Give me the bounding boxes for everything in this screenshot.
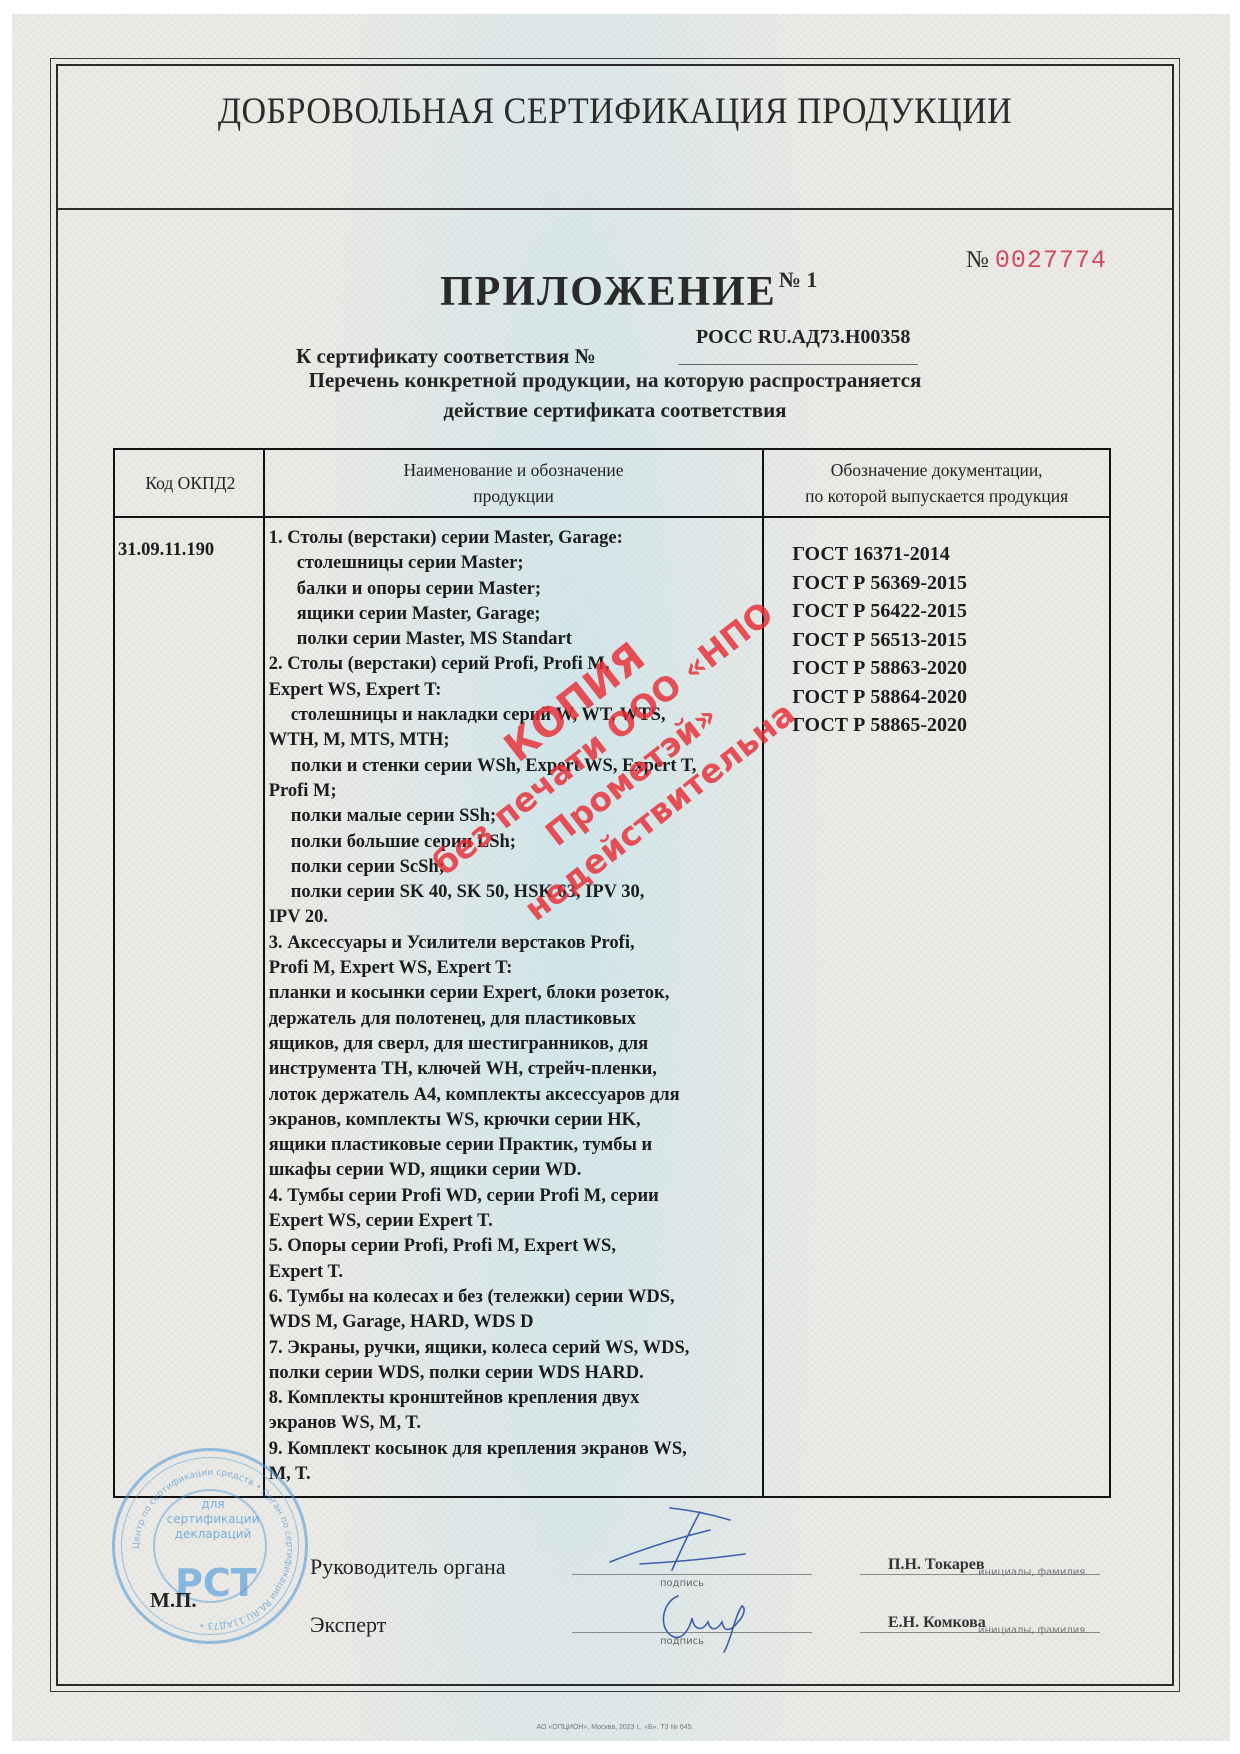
standard-item: ГОСТ Р 56369-2015 [792, 569, 1109, 598]
expert-name: Е.Н. Комкова [888, 1614, 986, 1632]
seal-place-label: М.П. [150, 1588, 197, 1613]
product-names-cell: 1. Столы (верстаки) серии Master, Garage… [264, 517, 764, 1497]
certificate-number: РОСС RU.АД73.Н00358 [696, 326, 910, 349]
product-line: 5. Опоры серии Profi, Profi M, Expert WS… [269, 1234, 759, 1259]
column-header-name: Наименование и обозначение продукции [264, 449, 764, 517]
table-row: 31.09.11.190 1. Столы (верстаки) серии M… [114, 517, 1110, 1497]
expert-name-caption: инициалы, фамилия [978, 1625, 1085, 1636]
product-line: ящики пластиковые серии Практик, тумбы и [269, 1133, 759, 1158]
expert-signature-icon [648, 1578, 778, 1658]
head-of-body-label: Руководитель органа [310, 1554, 506, 1580]
product-line: Expert WS, Expert T: [269, 678, 759, 703]
head-name-caption: инициалы, фамилия [978, 1567, 1085, 1578]
product-line: планки и косынки серии Expert, блоки роз… [269, 981, 759, 1006]
product-line: балки и опоры серии Master; [269, 577, 759, 602]
product-line: WTH, M, MTS, MTH; [269, 728, 759, 753]
standard-item: ГОСТ Р 56513-2015 [792, 626, 1109, 655]
product-line: полки серии WDS, полки серии WDS HARD. [269, 1361, 759, 1386]
product-line: полки серии Master, MS Standart [269, 627, 759, 652]
column-header-name-line1: Наименование и обозначение [265, 457, 763, 483]
product-line: WDS M, Garage, HARD, WDS D [269, 1310, 759, 1335]
product-line: полки большие серии LSh; [269, 830, 759, 855]
subtitle-line-2: действие сертификата соответствия [56, 398, 1174, 423]
product-line: Profi M; [269, 779, 759, 804]
product-line: 4. Тумбы серии Profi WD, серии Profi M, … [269, 1184, 759, 1209]
product-line: Expert T. [269, 1260, 759, 1285]
product-line: столешницы и накладки серий W, WT, WTS, [269, 703, 759, 728]
standard-item: ГОСТ 16371-2014 [792, 540, 1109, 569]
column-header-code: Код ОКПД2 [114, 449, 264, 517]
product-line: полки и стенки серии WSh, Expert WS, Exp… [269, 754, 759, 779]
serial-value: 0027774 [995, 246, 1107, 275]
product-line: 1. Столы (верстаки) серии Master, Garage… [269, 526, 759, 551]
standard-item: ГОСТ Р 58864-2020 [792, 683, 1109, 712]
certificate-label: К сертификату соответствия № [296, 344, 596, 369]
product-line: лоток держатель A4, комплекты аксессуаро… [269, 1083, 759, 1108]
product-line: Profi M, Expert WS, Expert T: [269, 956, 759, 981]
head-signature-icon [600, 1500, 750, 1580]
expert-label: Эксперт [310, 1612, 386, 1638]
product-line: полки малые серии SSh; [269, 804, 759, 829]
okpd2-code: 31.09.11.190 [114, 517, 264, 1497]
product-line: 8. Комплекты кронштейнов крепления двух [269, 1386, 759, 1411]
head-name: П.Н. Токарев [888, 1556, 984, 1574]
standards-cell: ГОСТ 16371-2014ГОСТ Р 56369-2015ГОСТ Р 5… [763, 517, 1110, 1497]
products-table: Код ОКПД2 Наименование и обозначение про… [113, 448, 1111, 1498]
serial-prefix: № [966, 247, 989, 273]
product-line: полки серии SK 40, SK 50, HSK 63, IPV 30… [269, 880, 759, 905]
product-line: IPV 20. [269, 905, 759, 930]
header-divider [56, 208, 1174, 210]
standard-item: ГОСТ Р 58865-2020 [792, 711, 1109, 740]
product-line: Expert WS, серии Expert T. [269, 1209, 759, 1234]
product-line: столешницы серии Master; [269, 551, 759, 576]
column-header-docs-line2: по которой выпускается продукция [764, 483, 1109, 509]
banner-title: ДОБРОВОЛЬНАЯ СЕРТИФИКАЦИЯ ПРОДУКЦИИ [101, 90, 1130, 133]
product-line: 9. Комплект косынок для крепления экрано… [269, 1437, 759, 1462]
product-line: экранов, комплекты WS, крючки серии HK, [269, 1108, 759, 1133]
appendix-number: № 1 [779, 267, 818, 292]
product-line: инструмента TH, ключей WH, стрейч-пленки… [269, 1057, 759, 1082]
printer-note: АО «ОПЦИОН», Москва, 2023 г., «Б». Т3 № … [56, 1724, 1174, 1731]
column-header-docs-line1: Обозначение документации, [764, 457, 1109, 483]
product-line: экранов WS, M, T. [269, 1411, 759, 1436]
product-line: держатель для полотенец, для пластиковых [269, 1007, 759, 1032]
product-line: 3. Аксессуары и Усилители верстаков Prof… [269, 931, 759, 956]
subtitle-line-1: Перечень конкретной продукции, на котору… [56, 368, 1174, 393]
column-header-docs: Обозначение документации, по которой вып… [763, 449, 1110, 517]
product-line: 2. Столы (верстаки) серий Profi, Profi M… [269, 652, 759, 677]
product-line: ящиков, для сверл, для шестигранников, д… [269, 1032, 759, 1057]
appendix-title-text: ПРИЛОЖЕНИЕ [440, 269, 777, 315]
product-line: ящики серии Master, Garage; [269, 602, 759, 627]
product-line: 6. Тумбы на колесах и без (тележки) сери… [269, 1285, 759, 1310]
standard-item: ГОСТ Р 58863-2020 [792, 654, 1109, 683]
product-line: M, T. [269, 1462, 759, 1487]
certificate-number-underline [678, 364, 918, 365]
appendix-title: ПРИЛОЖЕНИЕ№ 1 [440, 268, 817, 316]
serial-number: № 0027774 [966, 246, 1107, 275]
product-line: полки серии ScSh; [269, 855, 759, 880]
product-line: 7. Экраны, ручки, ящики, колеса серий WS… [269, 1336, 759, 1361]
column-header-name-line2: продукции [265, 483, 763, 509]
standard-item: ГОСТ Р 56422-2015 [792, 597, 1109, 626]
product-line: шкафы серии WD, ящики серии WD. [269, 1158, 759, 1183]
table-header-row: Код ОКПД2 Наименование и обозначение про… [114, 449, 1110, 517]
